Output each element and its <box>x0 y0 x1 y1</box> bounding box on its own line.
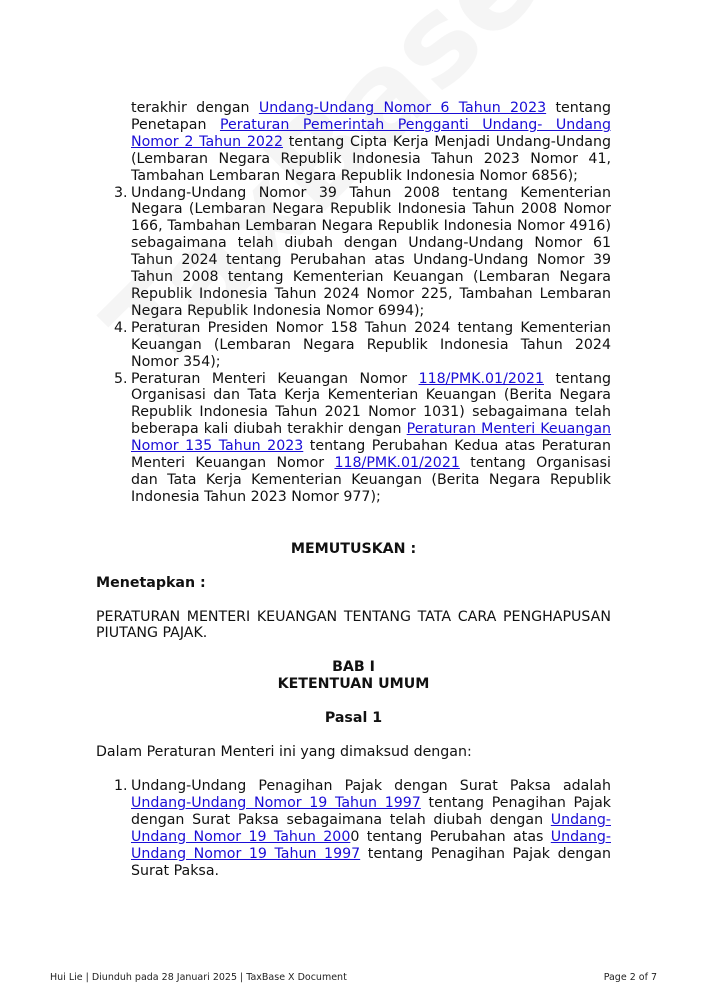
list-text: Peraturan Presiden Nomor 158 Tahun 2024 … <box>131 320 611 370</box>
list-number: 1. <box>114 778 128 795</box>
chapter-title: KETENTUAN UMUM <box>96 676 611 693</box>
chapter-number: BAB I <box>96 659 611 676</box>
text: terakhir dengan <box>131 100 259 116</box>
definitions-intro: Dalam Peraturan Menteri ini yang dimaksu… <box>96 744 611 761</box>
list-item-2-continuation: terakhir dengan Undang-Undang Nomor 6 Ta… <box>96 100 611 185</box>
document-body: terakhir dengan Undang-Undang Nomor 6 Ta… <box>96 100 611 879</box>
list-text: Undang-Undang Nomor 39 Tahun 2008 tentan… <box>131 185 611 319</box>
list-number: 4. <box>114 320 128 337</box>
page-number: Page 2 of 7 <box>604 972 657 983</box>
text: Peraturan Menteri Keuangan Nomor <box>131 371 419 387</box>
list-number: 5. <box>114 371 128 388</box>
list-item: 4. Peraturan Presiden Nomor 158 Tahun 20… <box>96 320 611 371</box>
regulation-link[interactable]: 118/PMK.01/2021 <box>334 455 459 471</box>
footer-download-info: Hui Lie | Diunduh pada 28 Januari 2025 |… <box>50 972 347 983</box>
definition-item: 1. Undang-Undang Penagihan Pajak dengan … <box>96 778 611 879</box>
text: Undang-Undang Penagihan Pajak dengan Sur… <box>131 778 611 794</box>
list-number: 3. <box>114 185 128 202</box>
law-link[interactable]: Undang-Undang Nomor 6 Tahun 2023 <box>259 100 546 116</box>
article-title: Pasal 1 <box>96 710 611 727</box>
memutuskan-heading: MEMUTUSKAN : <box>96 541 611 558</box>
menetapkan-label: Menetapkan : <box>96 575 611 592</box>
list-item: 3. Undang-Undang Nomor 39 Tahun 2008 ten… <box>96 185 611 320</box>
law-link[interactable]: Undang-Undang Nomor 19 Tahun 1997 <box>131 795 421 811</box>
regulation-title: PERATURAN MENTERI KEUANGAN TENTANG TATA … <box>96 609 611 643</box>
list-item: 5. Peraturan Menteri Keuangan Nomor 118/… <box>96 371 611 506</box>
text: 0 tentang Perubahan atas <box>350 829 550 845</box>
regulation-link[interactable]: 118/PMK.01/2021 <box>419 371 544 387</box>
